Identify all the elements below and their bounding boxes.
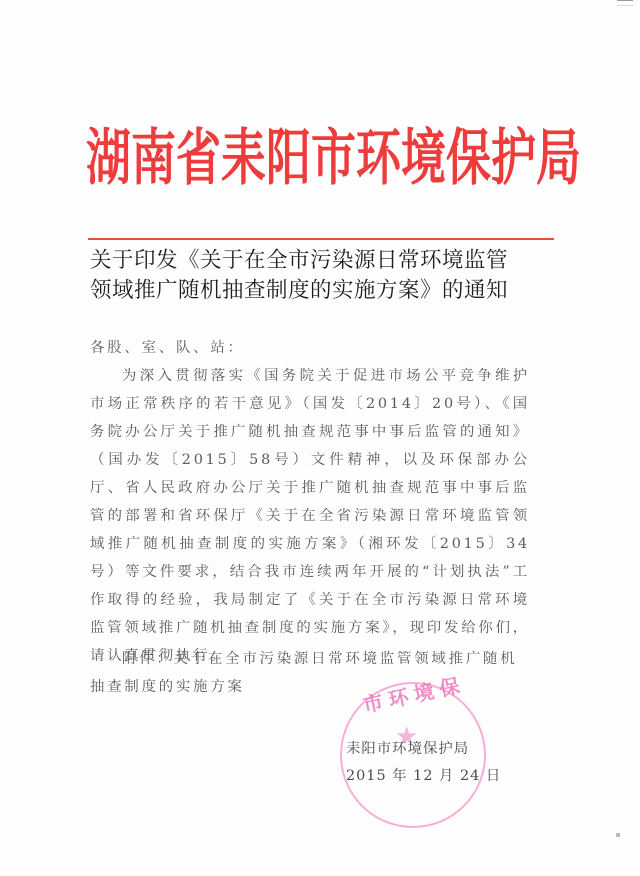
document-title-line-1: 关于印发《关于在全市污染源日常环境监管 [90, 246, 560, 276]
salutation: 各股、室、队、站： [90, 334, 530, 362]
masthead-title: 湖南省耒阳市环境保护局 [86, 104, 556, 212]
scan-edge-mark [617, 0, 633, 1]
red-divider-line [88, 238, 554, 240]
scan-edge-mark [617, 5, 633, 6]
scan-artifact [616, 833, 620, 837]
document-title: 关于印发《关于在全市污染源日常环境监管 领域推广随机抽查制度的实施方案》的通知 [90, 246, 560, 306]
issuer-signature: 耒阳市环境保护局 [346, 735, 469, 763]
document-title-line-2: 领域推广随机抽查制度的实施方案》的通知 [90, 276, 560, 306]
body-paragraph: 为深入贯彻落实《国务院关于促进市场公平竞争维护市场正常秩序的若干意见》（国发〔2… [90, 362, 530, 670]
document-page: 湖南省耒阳市环境保护局 关于印发《关于在全市污染源日常环境监管 领域推广随机抽查… [0, 0, 640, 876]
issue-date: 2015 年 12 月 24 日 [346, 762, 501, 790]
